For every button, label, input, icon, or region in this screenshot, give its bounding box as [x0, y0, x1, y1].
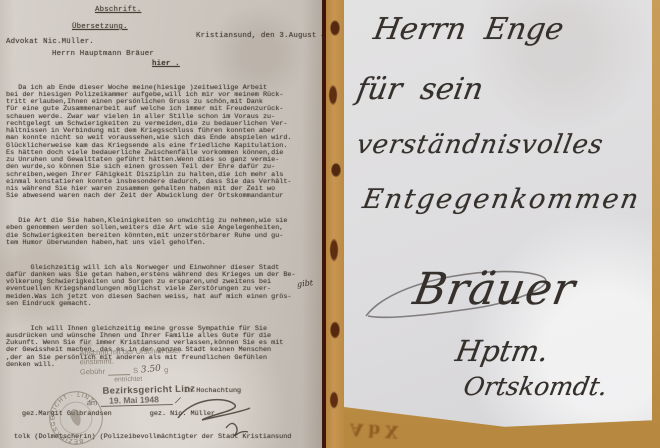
fee-currency: S [133, 366, 138, 375]
date-stamp: 19. Mai 1948 [101, 395, 173, 407]
recipient-line: Herrn Hauptmann Bräuer [52, 50, 154, 58]
hand-line-2: für sein [354, 72, 486, 107]
dateline: Kristiansund, den 3.August 45 [196, 32, 322, 40]
hand-line-recipient: Herrn Enge [371, 12, 566, 47]
typewritten-letter-page: Abschrift. Übersetzung. Advokat Nic.Müll… [0, 0, 322, 448]
hand-signature: Bräuer [410, 264, 580, 315]
handwritten-insertion: gibt [297, 278, 314, 289]
recipient-place: hier . [152, 60, 180, 68]
paragraph-2: Die Art die Sie haben,Kleinigkeiten so u… [6, 218, 320, 247]
hand-role: Ortskomdt. [461, 372, 609, 401]
seal-eagle-emblem [69, 408, 84, 428]
fee-value-handwritten: 3.50 [141, 365, 162, 376]
fee-label: Gebühr [80, 367, 105, 377]
signature-squiggle-icon [172, 392, 282, 444]
heading-uebersetzung: Übersetzung. [72, 23, 128, 31]
heading-abschrift: Abschrift. [95, 6, 141, 14]
hand-line-3: verständnisvolles [354, 130, 606, 160]
hand-line-4: Entgegenkommen [360, 184, 643, 215]
scanned-documents: Abschrift. Übersetzung. Advokat Nic.Müll… [0, 0, 660, 448]
paragraph-3: Gleichzeitig will ich als Norweger und E… [6, 265, 320, 309]
paragraph-1: Da ich ab Ende dieser Woche meine(hiesig… [6, 85, 320, 201]
sender-line: Advokat Nic.Müller. [6, 38, 94, 46]
handwritten-note-page: Herrn Enge für sein verständnisvolles En… [344, 0, 660, 448]
album-spine-edge [322, 0, 344, 448]
hand-rank: Hptm. [453, 334, 551, 368]
court-seal-icon: BEZIRKSGERICHT · LINZ · [44, 388, 108, 448]
fee-unit: g [164, 365, 168, 374]
offset-print-mark: AbX [350, 419, 404, 442]
